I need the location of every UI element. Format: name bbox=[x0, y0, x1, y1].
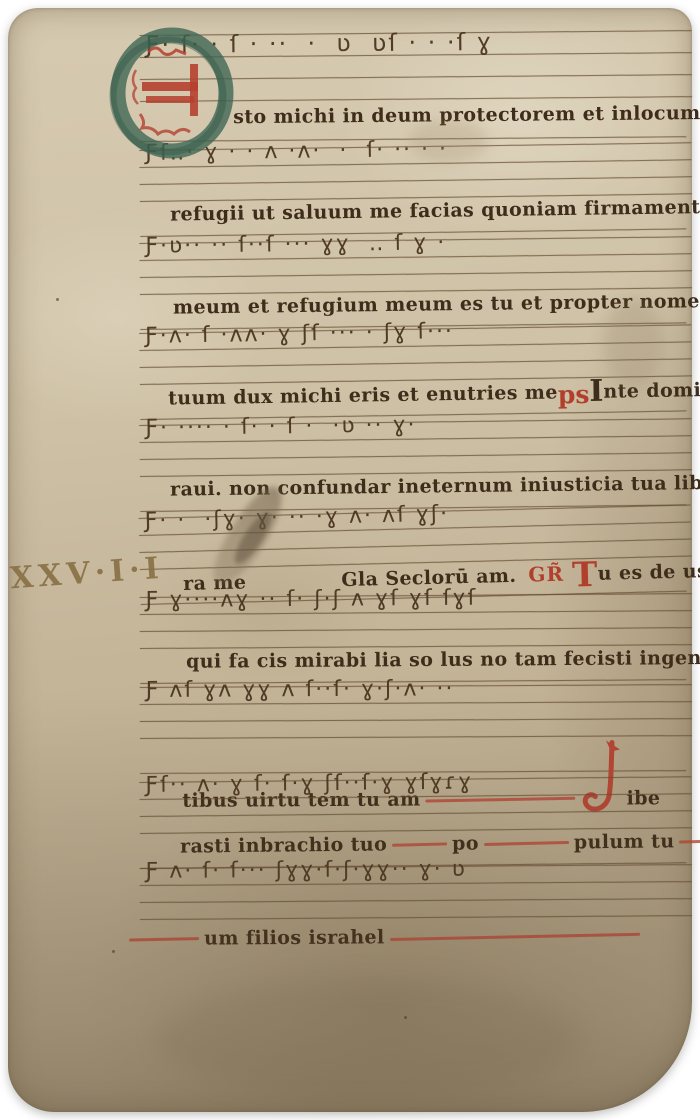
parchment-blotch bbox=[408, 120, 488, 162]
neume-row: Ƒ ʌſ ɣʌ ɣɣ ʌ ſ··ſ· ɣ·ʃ·ʌ· ·· bbox=[146, 676, 455, 703]
red-filler-line bbox=[390, 933, 640, 941]
neume-row: Ƒ·ʋ·· ·· ſ··ſ ··· ɣɣ ‥ ſ ɣ · bbox=[145, 230, 446, 259]
red-filler-line bbox=[679, 840, 700, 844]
lyric-line: qui fa cis mirabi lia so lus no tam feci… bbox=[186, 647, 700, 673]
lyric-text: u es de us bbox=[598, 560, 700, 585]
gradual-rubric: GR̃ bbox=[528, 562, 564, 587]
lyric-text: po bbox=[452, 832, 479, 854]
neume-row: Ƒ·ʌ· ſ ·ʌʌ· ɣ ʃſ ··· · ʃɣ ſ··· bbox=[145, 319, 454, 349]
staff-line bbox=[140, 452, 692, 460]
ink-speck bbox=[620, 206, 623, 209]
staff-line bbox=[140, 915, 692, 920]
red-filler-line bbox=[129, 937, 199, 941]
lyric-line: raui. non confundar ineternum iniusticia… bbox=[170, 472, 700, 501]
parchment-blotch bbox=[604, 298, 664, 388]
staff-line bbox=[140, 810, 692, 817]
staff-system: Ƒ ʌ· ſ· ſ··· ʃɣɣ·ſ·ʃ·ɣɣ·· ɣ· ʋ um filios… bbox=[140, 864, 693, 980]
neume-row: Ƒſ·· ʌ· ɣ ſ· ſ·ɣ ʃſ··ſ·ɣ ɣſɣɾɣ bbox=[145, 770, 473, 798]
staff-line bbox=[140, 270, 692, 278]
ink-speck bbox=[56, 298, 59, 301]
lyric-line: um filios israhel bbox=[124, 924, 645, 950]
illuminated-initial-e bbox=[102, 26, 244, 162]
tall-initial-i: I bbox=[589, 374, 604, 409]
lyric-text: rasti inbrachio tuo bbox=[180, 833, 387, 857]
lyric-text: qui fa cis mirabi lia so lus no tam feci… bbox=[186, 647, 700, 673]
manuscript-scan: Ƒ· ſ· · ſ · ·· · ʋ ʋſ · · ·ſ ɣ sto michi… bbox=[0, 0, 700, 1120]
neume-row: Ƒ ɣ····ʌɣ ·· ſ· ʃ·ʃ ʌ ɣſ ɣſ ſɣſ bbox=[146, 586, 478, 613]
staff-line bbox=[140, 627, 692, 632]
lyric-text: um filios israhel bbox=[204, 926, 385, 949]
staff-line bbox=[140, 176, 692, 185]
staff-line bbox=[140, 898, 692, 903]
ink-speck bbox=[112, 950, 115, 953]
psalm-rubric: ps bbox=[558, 380, 590, 409]
ink-speck bbox=[404, 1016, 407, 1019]
lyric-line: rasti inbrachio tuopopulum tu bbox=[180, 830, 700, 858]
red-initial-t: T bbox=[572, 555, 599, 596]
neume-row: Ƒ· ···· · ſ· · ſ · ·ʋ ·· ɣ· bbox=[145, 413, 417, 441]
lyric-text: raui. non confundar ineternum iniusticia… bbox=[170, 472, 700, 501]
parchment-page: Ƒ· ſ· · ſ · ·· · ʋ ʋſ · · ·ſ ɣ sto michi… bbox=[8, 8, 692, 1112]
parchment-blotch bbox=[158, 978, 578, 1098]
red-filler-line bbox=[392, 842, 447, 846]
neume-row: Ƒ ʌ· ſ· ſ··· ʃɣɣ·ſ·ʃ·ɣɣ·· ɣ· ʋ bbox=[146, 857, 467, 884]
lyric-text: tuum dux michi eris et enutries me bbox=[168, 381, 558, 409]
red-filler-line bbox=[484, 841, 569, 846]
lyric-text: pulum tu bbox=[574, 830, 675, 853]
staff-line bbox=[140, 718, 692, 722]
